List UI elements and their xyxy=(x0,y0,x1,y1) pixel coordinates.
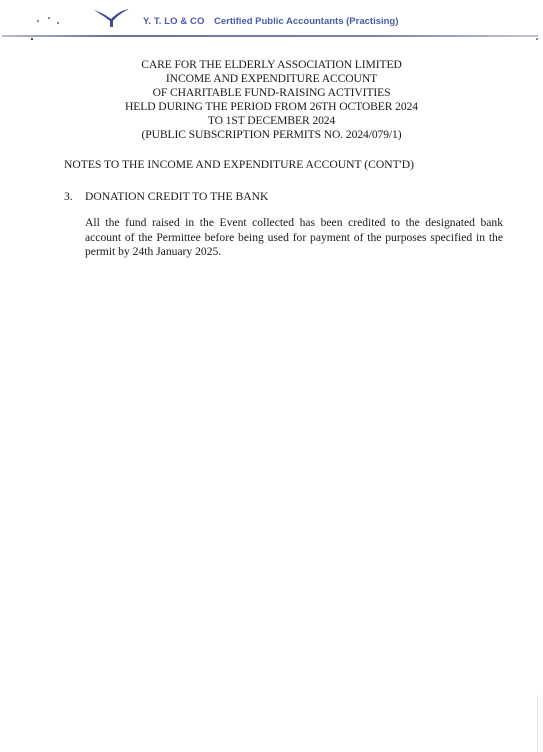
title-line: (PUBLIC SUBSCRIPTION PERMITS NO. 2024/07… xyxy=(0,128,543,142)
title-line: HELD DURING THE PERIOD FROM 26TH OCTOBER… xyxy=(0,100,543,114)
scan-speck xyxy=(536,38,538,40)
title-line: INCOME AND EXPENDITURE ACCOUNT xyxy=(0,72,543,86)
bird-wing-logo-icon xyxy=(92,6,130,28)
section-title: DONATION CREDIT TO THE BANK xyxy=(85,190,268,203)
notes-heading: NOTES TO THE INCOME AND EXPENDITURE ACCO… xyxy=(64,158,414,171)
header-divider xyxy=(2,35,538,37)
firm-name: Y. T. LO & CO xyxy=(143,16,204,27)
section-number: 3. xyxy=(64,190,85,203)
document-title: CARE FOR THE ELDERLY ASSOCIATION LIMITED… xyxy=(0,58,543,142)
title-line: OF CHARITABLE FUND-RAISING ACTIVITIES xyxy=(0,86,543,100)
title-line: TO 1ST DECEMBER 2024 xyxy=(0,114,543,128)
section-body: All the fund raised in the Event collect… xyxy=(85,216,503,260)
scan-edge-mark xyxy=(537,695,538,752)
firm-description: Certified Public Accountants (Practising… xyxy=(214,16,398,27)
scan-speck xyxy=(37,20,39,22)
title-line: CARE FOR THE ELDERLY ASSOCIATION LIMITED xyxy=(0,58,543,72)
scan-speck xyxy=(48,17,50,19)
section-heading: 3.DONATION CREDIT TO THE BANK xyxy=(64,190,268,203)
scan-speck xyxy=(57,22,59,24)
scan-speck xyxy=(31,38,33,40)
letterhead: Y. T. LO & CO Certified Public Accountan… xyxy=(0,0,543,40)
